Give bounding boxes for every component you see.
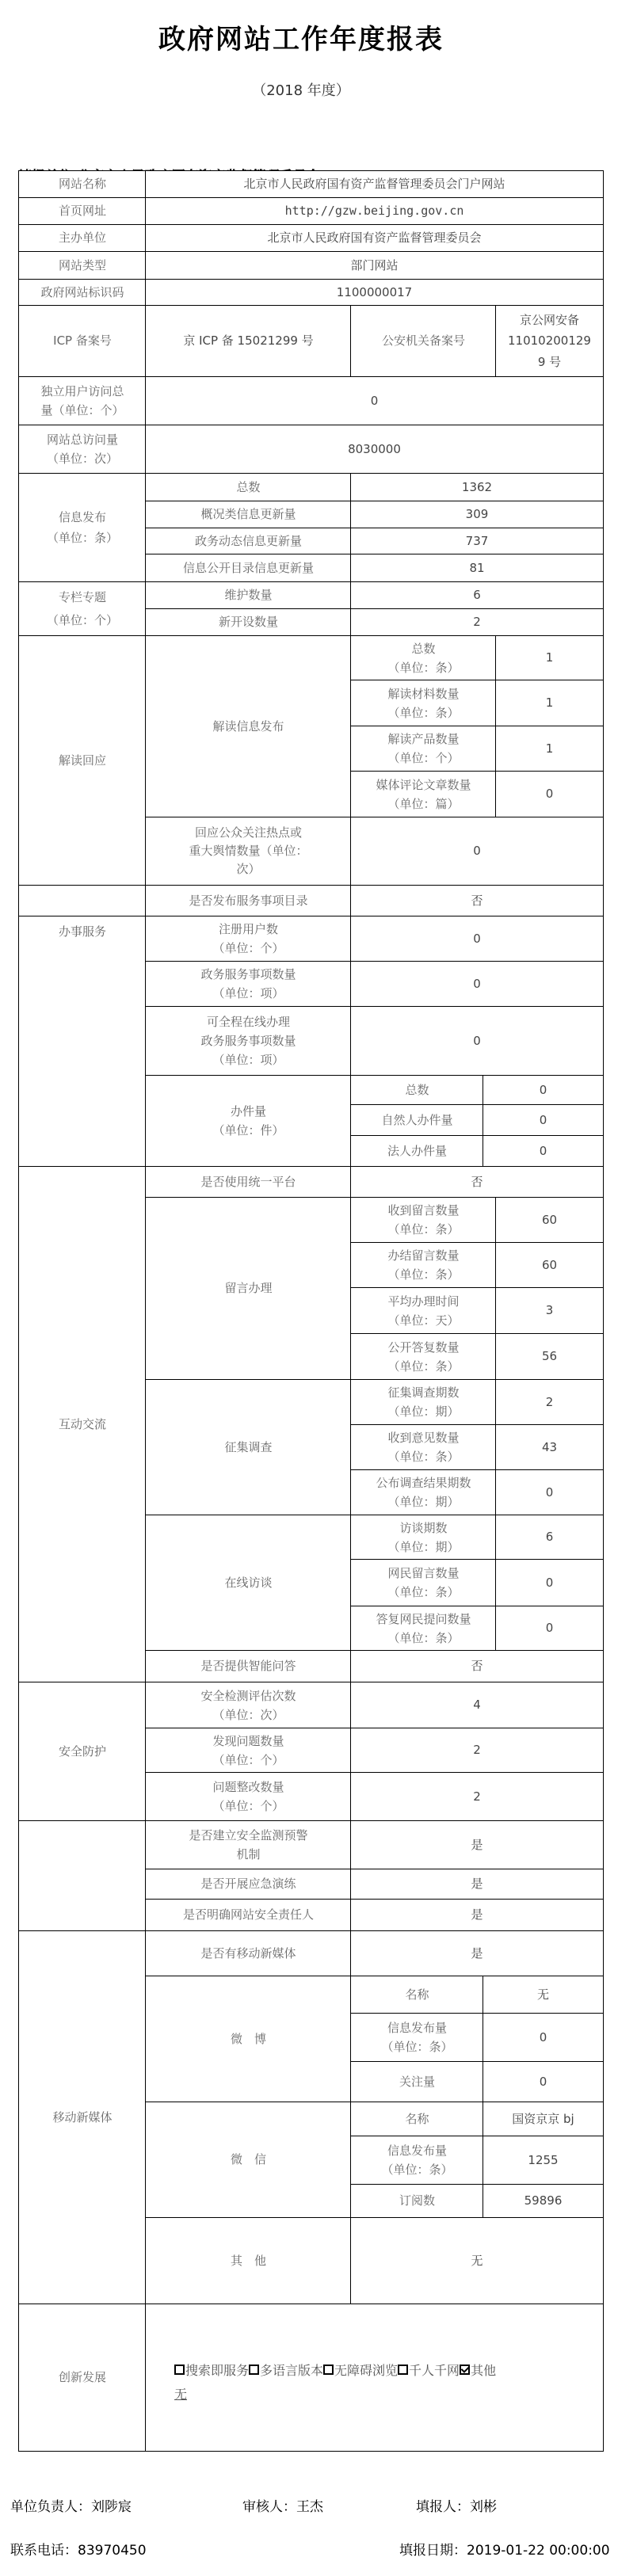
wechat-name-label: 名称	[350, 2102, 484, 2136]
info-dynamics-label: 政务动态信息更新量	[145, 528, 352, 554]
columns-new-label: 新开设数量	[145, 608, 352, 636]
innovation-label: 创新发展	[18, 2304, 147, 2452]
interp-product-value: 1	[495, 726, 604, 772]
security-issues-value: 2	[350, 1728, 604, 1773]
survey-opinions-value: 43	[495, 1424, 604, 1470]
total-visits-value: 8030000	[145, 425, 604, 474]
online-items-value: 0	[350, 1006, 604, 1076]
total-visits-label: 网站总访问量 （单位：次）	[18, 425, 147, 474]
services-label: 办事服务	[18, 916, 147, 1167]
interp-total-label: 总数 （单位：条）	[350, 635, 497, 680]
sponsor-label: 主办单位	[18, 224, 147, 252]
interp-material-value: 1	[495, 680, 604, 726]
msg-received-label: 收到留言数量 （单位：条）	[350, 1197, 497, 1243]
online-items-label: 可全程在线办理 政务服务事项数量 （单位：项）	[145, 1006, 352, 1076]
wechat-posts-label: 信息发布量 （单位：条）	[350, 2136, 484, 2185]
homepage-url[interactable]: http://gzw.beijing.gov.cn	[145, 197, 604, 225]
other-text: 无	[174, 2387, 187, 2402]
page-title: 政府网站工作年度报表	[0, 17, 602, 56]
checkbox-other[interactable]	[460, 2365, 470, 2375]
checkbox-personalized[interactable]	[398, 2365, 408, 2375]
info-catalog-value: 81	[350, 554, 604, 582]
interview-messages-value: 0	[495, 1559, 604, 1606]
security-checks-value: 4	[350, 1682, 604, 1728]
registered-users-label: 注册用户数 （单位：个）	[145, 916, 352, 962]
homepage-label: 首页网址	[18, 197, 147, 225]
msg-avg-time-label: 平均办理时间 （单位：天）	[350, 1287, 497, 1334]
weibo-name-label: 名称	[350, 1976, 484, 2014]
info-total-value: 1362	[350, 473, 604, 501]
mobile-has-label: 是否有移动新媒体	[145, 1930, 352, 1976]
interview-answers-value: 0	[495, 1606, 604, 1651]
option-personalized: 千人千网	[409, 2363, 460, 2378]
survey-results-value: 0	[495, 1469, 604, 1515]
interp-media-value: 0	[495, 771, 604, 817]
interp-media-label: 媒体评论文章数量 （单位：篇）	[350, 771, 497, 817]
site-code-value: 1100000017	[145, 279, 604, 306]
security-label: 安全防护	[18, 1682, 147, 1821]
police-label: 公安机关备案号	[350, 305, 497, 377]
interview-periods-label: 访谈期数 （单位：期）	[350, 1515, 497, 1560]
service-items-value: 0	[350, 961, 604, 1007]
interview-answers-label: 答复网民提问数量 （单位：条）	[350, 1606, 497, 1651]
cases-total-value: 0	[483, 1075, 604, 1105]
icp-value: 京 ICP 备 15021299 号	[145, 305, 352, 377]
monitoring-value: 是	[350, 1820, 604, 1869]
cases-label: 办件量 （单位：件）	[145, 1075, 352, 1167]
wechat-subscribers-value: 59896	[483, 2184, 604, 2218]
site-name-label: 网站名称	[18, 170, 147, 198]
innovation-options: 搜索即服务多语言版本无障碍浏览千人千网其他 无	[174, 2359, 594, 2406]
interview-messages-label: 网民留言数量 （单位：条）	[350, 1559, 497, 1606]
checkbox-accessibility[interactable]	[323, 2365, 334, 2375]
cases-legal-label: 法人办件量	[350, 1135, 484, 1167]
option-multilingual: 多语言版本	[260, 2363, 323, 2378]
msg-public-label: 公开答复数量 （单位：条）	[350, 1333, 497, 1380]
other-media-value: 无	[350, 2217, 604, 2304]
interaction-label: 互动交流	[18, 1166, 147, 1682]
info-overview-value: 309	[350, 501, 604, 528]
info-total-label: 总数	[145, 473, 352, 501]
option-search-service: 搜索即服务	[185, 2363, 249, 2378]
mobile-label: 移动新媒体	[18, 1930, 147, 2304]
unified-platform-label: 是否使用统一平台	[145, 1166, 352, 1198]
report-year: （2018 年度）	[0, 79, 602, 100]
info-dynamics-value: 737	[350, 528, 604, 554]
weibo-followers-value: 0	[483, 2061, 604, 2102]
msg-public-value: 56	[495, 1333, 604, 1380]
cases-person-label: 自然人办件量	[350, 1104, 484, 1136]
services-catalog-label: 是否发布服务事项目录	[145, 885, 352, 916]
columns-new-value: 2	[350, 608, 604, 636]
interp-total-value: 1	[495, 635, 604, 680]
columns-label: 专栏专题 （单位：个）	[18, 581, 147, 636]
checkbox-search-service[interactable]	[174, 2365, 185, 2375]
checkbox-multilingual[interactable]	[249, 2365, 259, 2375]
hotspot-value: 0	[350, 817, 604, 886]
weibo-label: 微 博	[145, 1976, 352, 2102]
smart-qa-value: 否	[350, 1650, 604, 1682]
sponsor-value: 北京市人民政府国有资产监督管理委员会	[145, 224, 604, 252]
other-media-label: 其 他	[145, 2217, 352, 2304]
registered-users-value: 0	[350, 916, 604, 962]
weibo-posts-label: 信息发布量 （单位：条）	[350, 2013, 484, 2062]
reviewer: 审核人：王杰	[242, 2495, 323, 2515]
site-type-value: 部门网站	[145, 251, 604, 280]
cases-total-label: 总数	[350, 1075, 484, 1105]
filler: 填报人：刘彬	[416, 2495, 497, 2515]
smart-qa-label: 是否提供智能问答	[145, 1650, 352, 1682]
wechat-subscribers-label: 订阅数	[350, 2184, 484, 2218]
icp-label: ICP 备案号	[18, 305, 147, 377]
cases-person-value: 0	[483, 1104, 604, 1136]
responsible-label: 是否明确网站安全责任人	[145, 1899, 352, 1931]
wechat-posts-value: 1255	[483, 2136, 604, 2185]
columns-maintained-value: 6	[350, 581, 604, 609]
interview-periods-value: 6	[495, 1515, 604, 1560]
interpretation-label: 解读回应	[18, 635, 147, 886]
hotspot-label: 回应公众关注热点或 重大舆情数量（单位： 次）	[145, 817, 352, 886]
option-other: 其他	[471, 2363, 496, 2378]
columns-maintained-label: 维护数量	[145, 581, 352, 609]
drill-label: 是否开展应急演练	[145, 1869, 352, 1900]
fill-date: 填报日期：2019-01-22 00:00:00	[399, 2539, 610, 2559]
weibo-posts-value: 0	[483, 2013, 604, 2062]
survey-periods-label: 征集调查期数 （单位：期）	[350, 1379, 497, 1425]
services-catalog-blank	[18, 885, 147, 916]
wechat-name-value: 国资京京 bj	[483, 2102, 604, 2136]
service-items-label: 政务服务事项数量 （单位：项）	[145, 961, 352, 1007]
responsible-value: 是	[350, 1899, 604, 1931]
police-value: 京公网安备 11010200129 9 号	[495, 305, 604, 377]
messages-label: 留言办理	[145, 1197, 352, 1380]
cases-legal-value: 0	[483, 1135, 604, 1167]
interpretation-publish-label: 解读信息发布	[145, 635, 352, 817]
unique-visitors-label: 独立用户访问总 量（单位：个）	[18, 376, 147, 425]
survey-opinions-label: 收到意见数量 （单位：条）	[350, 1424, 497, 1470]
survey-periods-value: 2	[495, 1379, 604, 1425]
unified-platform-value: 否	[350, 1166, 604, 1198]
mobile-has-value: 是	[350, 1930, 604, 1976]
monitoring-label: 是否建立安全监测预警 机制	[145, 1820, 352, 1869]
info-publish-label: 信息发布 （单位：条）	[18, 473, 147, 582]
site-type-label: 网站类型	[18, 251, 147, 280]
security-fixed-value: 2	[350, 1772, 604, 1821]
security-issues-label: 发现问题数量 （单位：个）	[145, 1728, 352, 1773]
security-fixed-label: 问题整改数量 （单位：个）	[145, 1772, 352, 1821]
interview-label: 在线访谈	[145, 1515, 352, 1651]
msg-closed-value: 60	[495, 1242, 604, 1288]
drill-value: 是	[350, 1869, 604, 1900]
contact-phone: 联系电话：83970450	[10, 2539, 147, 2559]
unique-visitors-value: 0	[145, 376, 604, 425]
interp-material-label: 解读材料数量 （单位：条）	[350, 680, 497, 726]
unit-leader: 单位负责人：刘陟宸	[10, 2495, 132, 2515]
security-checks-label: 安全检测评估次数 （单位：次）	[145, 1682, 352, 1728]
msg-avg-time-value: 3	[495, 1287, 604, 1334]
msg-received-value: 60	[495, 1197, 604, 1243]
site-code-label: 政府网站标识码	[18, 279, 147, 306]
interp-product-label: 解读产品数量 （单位：个）	[350, 726, 497, 772]
survey-label: 征集调查	[145, 1379, 352, 1515]
option-accessibility: 无障碍浏览	[334, 2363, 398, 2378]
security-extra-blank	[18, 1820, 147, 1931]
info-overview-label: 概况类信息更新量	[145, 501, 352, 528]
site-name-value: 北京市人民政府国有资产监督管理委员会门户网站	[145, 170, 604, 198]
weibo-name-value: 无	[483, 1976, 604, 2014]
info-catalog-label: 信息公开目录信息更新量	[145, 554, 352, 582]
wechat-label: 微 信	[145, 2102, 352, 2218]
msg-closed-label: 办结留言数量 （单位：条）	[350, 1242, 497, 1288]
weibo-followers-label: 关注量	[350, 2061, 484, 2102]
services-catalog-value: 否	[350, 885, 604, 916]
survey-results-label: 公布调查结果期数 （单位：期）	[350, 1469, 497, 1515]
